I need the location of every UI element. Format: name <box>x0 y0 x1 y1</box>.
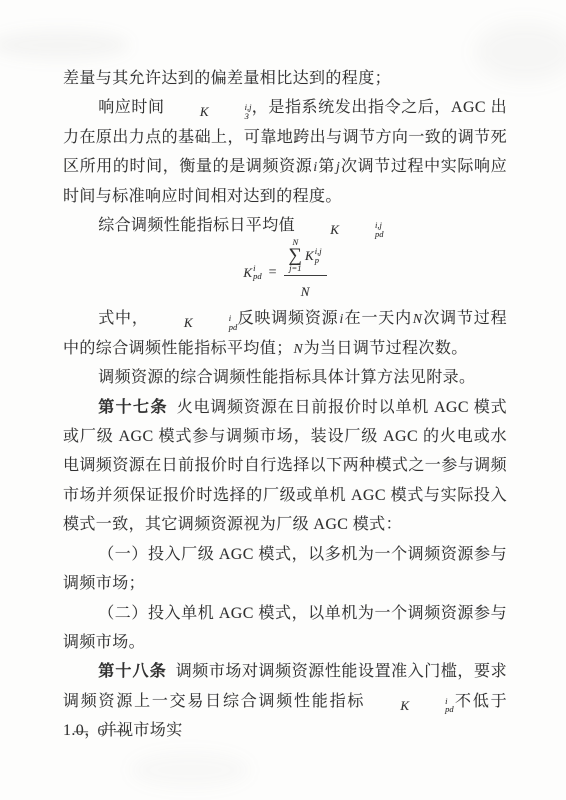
math-scripts: ipd <box>194 314 238 331</box>
math-scripts: i,j3 <box>209 103 251 120</box>
text-run: （二）投入单机 AGC 模式，以单机为一个调频资源参与调频市场。 <box>63 605 507 651</box>
math-kpd-i-variable: Kipd <box>365 697 454 714</box>
text-run: 为当日调节过程次数。 <box>304 340 468 357</box>
scan-artifact <box>130 752 250 788</box>
article-17-heading: 第十七条 <box>98 399 168 416</box>
math-base: K <box>295 223 339 236</box>
math-kp-ij-variable: Ki,jp <box>305 247 322 264</box>
summation-lower-limit: j=1 <box>289 264 301 273</box>
math-base: K <box>149 316 193 329</box>
math-var-n: N <box>412 311 423 326</box>
para-daily-average-intro: 综合调频性能指标日平均值Ki,jpd <box>63 211 507 240</box>
fraction: N ∑ j=1 Ki,jp N <box>284 238 327 306</box>
text-run: 反映调频资源 <box>237 310 338 327</box>
text-run: 调频资源的综合调频性能指标具体计算方法见附录。 <box>98 369 475 386</box>
formula-daily-average: Kipd = N ∑ j=1 Ki,jp N <box>63 240 507 304</box>
math-scripts: ipd <box>253 264 262 281</box>
para-article-17: 第十七条火电调频资源在日前报价时以单机 AGC 模式或厂级 AGC 模式参与调频… <box>63 393 507 540</box>
para-appendix-note: 调频资源的综合调频性能指标具体计算方法见附录。 <box>63 363 507 392</box>
math-scripts: ipd <box>410 697 454 714</box>
para-item-2: （二）投入单机 AGC 模式，以单机为一个调频资源参与调频市场。 <box>63 599 507 658</box>
math-kpd-i-variable: Kipd <box>149 314 238 331</box>
math-base: K <box>243 266 252 279</box>
para-response-time: 响应时间Ki,j3，是指系统发出指令之后，AGC 出力在原出力点的基础上，可靠地… <box>63 93 507 211</box>
math-base: K <box>165 105 209 118</box>
text-run: 第 <box>318 158 335 175</box>
scan-artifact <box>0 30 130 60</box>
math-var-n: N <box>293 341 304 356</box>
page-number: — 6 — <box>74 724 131 740</box>
math-base: K <box>305 249 314 262</box>
text-run: 式中， <box>98 310 148 327</box>
text-run: 差量与其允许达到的偏差量相比达到的程度； <box>63 70 391 87</box>
para-formula-explanation: 式中，Kipd反映调频资源i在一天内N次调节过程中的综合调频性能指标平均值；N为… <box>63 304 507 363</box>
text-run: 火电调频资源在日前报价时以单机 AGC 模式或厂级 AGC 模式参与调频市场，装… <box>63 399 507 534</box>
math-kpd-ij-variable: Ki,jpd <box>295 221 384 238</box>
document-body: 差量与其允许达到的偏差量相比达到的程度； 响应时间Ki,j3，是指系统发出指令之… <box>63 64 507 746</box>
math-subscript: pd <box>194 323 238 332</box>
sigma-symbol: ∑ <box>289 247 303 264</box>
math-subscript: 3 <box>209 112 251 121</box>
article-18-heading: 第十八条 <box>98 663 167 680</box>
text-run: 在一天内 <box>344 310 412 327</box>
text-run: 综合调频性能指标日平均值 <box>98 217 295 234</box>
math-scripts: i,jpd <box>340 221 384 238</box>
math-base: K <box>365 699 409 712</box>
math-subscript: pd <box>410 705 454 714</box>
text-run: （一）投入厂级 AGC 模式，以多机为一个调频资源参与调频市场； <box>63 546 507 592</box>
equals-sign: = <box>269 258 277 287</box>
para-continuation: 差量与其允许达到的偏差量相比达到的程度； <box>63 64 507 93</box>
math-subscript: p <box>315 256 322 265</box>
text-run: 响应时间 <box>98 99 164 116</box>
math-subscript: pd <box>340 230 384 239</box>
math-k3-variable: Ki,j3 <box>165 103 252 120</box>
math-scripts: i,jp <box>315 247 322 264</box>
math-subscript: pd <box>253 272 262 281</box>
math-kpd-i-variable: Kipd <box>243 264 261 281</box>
summation: N ∑ j=1 <box>289 238 303 273</box>
fraction-numerator: N ∑ j=1 Ki,jp <box>284 238 327 275</box>
scanned-document-page: 差量与其允许达到的偏差量相比达到的程度； 响应时间Ki,j3，是指系统发出指令之… <box>0 0 566 800</box>
fraction-denominator: N <box>284 275 327 306</box>
para-item-1: （一）投入厂级 AGC 模式，以多机为一个调频资源参与调频市场； <box>63 540 507 599</box>
